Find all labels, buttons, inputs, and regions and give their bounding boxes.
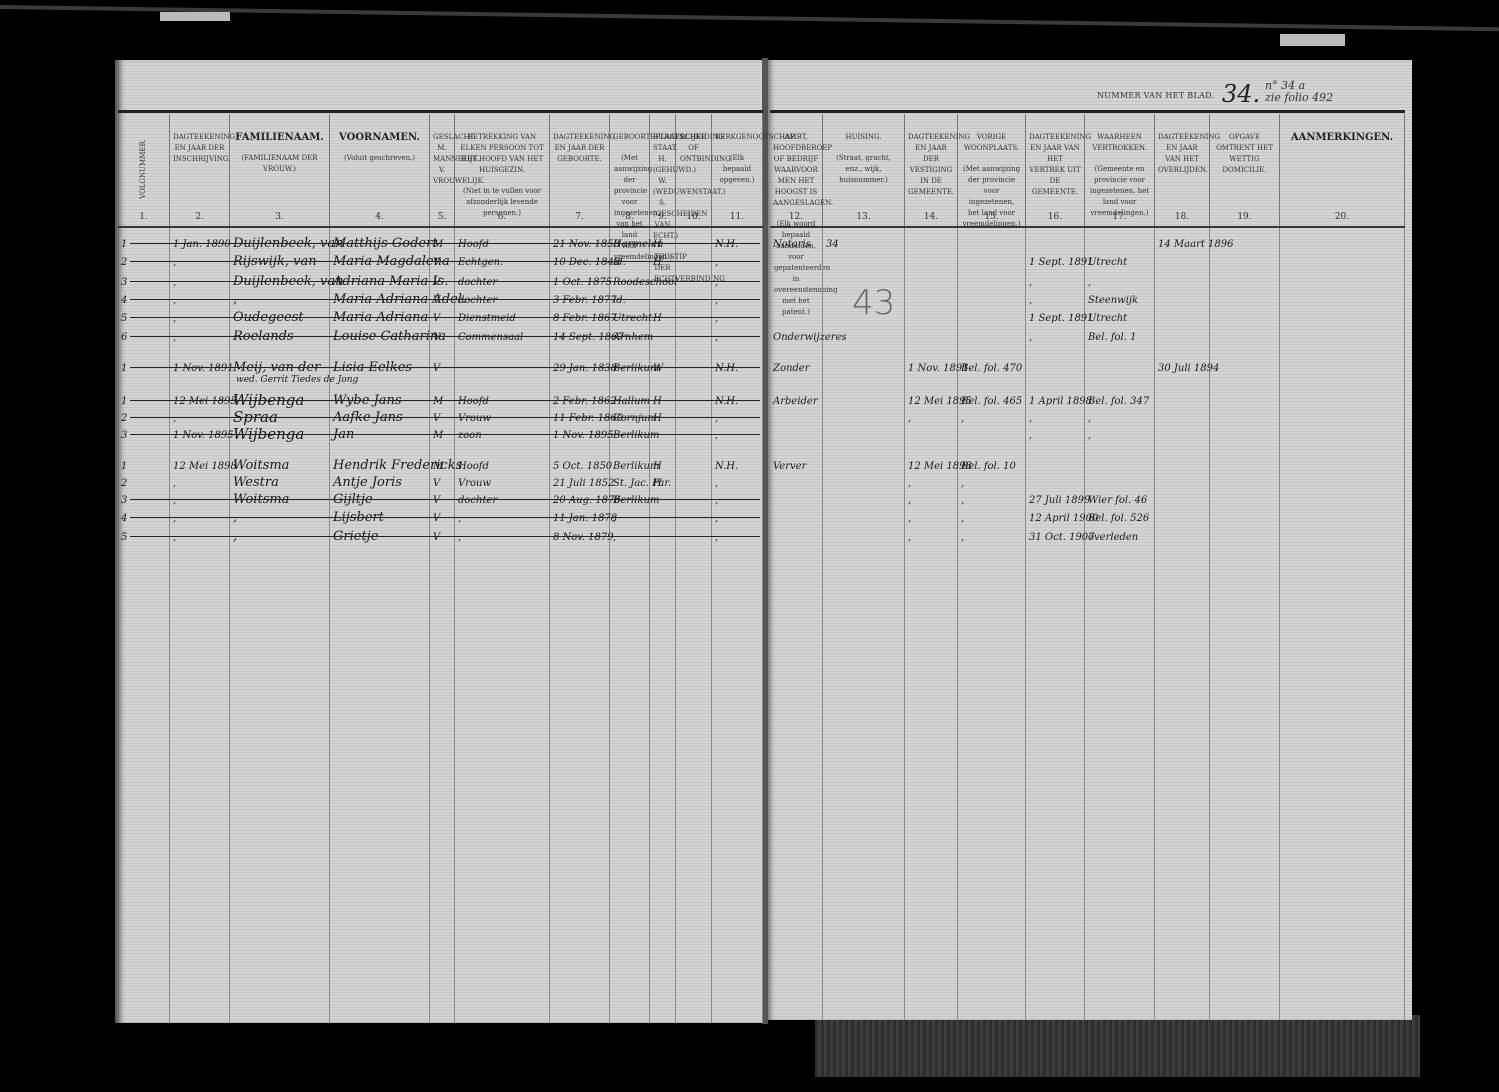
cell-col-14: , — [908, 495, 911, 506]
column-number: 8. — [610, 212, 649, 223]
column-number: 18. — [1155, 212, 1209, 223]
cell-col-5: V — [433, 332, 440, 343]
cell-col-1: 4 — [121, 513, 127, 524]
column-divider — [1154, 228, 1155, 1020]
column-title: HUISING. — [823, 132, 904, 143]
strikethrough-line — [130, 367, 760, 368]
cell-col-18: 14 Maart 1896 — [1158, 239, 1234, 250]
cell-col-5: V — [433, 532, 440, 543]
cell-col-8: St. Jac. Par. — [613, 478, 671, 489]
cell-col-11: , — [715, 413, 718, 424]
column-divider — [169, 228, 170, 1023]
column-header-14: DAGTEEKENING EN JAAR DER VESTIGING IN DE… — [905, 114, 958, 226]
column-subtitle: (FAMILIENAAM DER VROUW.) — [230, 153, 329, 175]
cell-col-7: 3 Febr. 1877 — [553, 295, 617, 306]
cell-col-9: H — [653, 461, 662, 472]
cell-col-5: V — [433, 478, 440, 489]
cell-col-1: 5 — [121, 313, 127, 324]
header-rule-right — [770, 110, 1405, 113]
underlying-page-edge — [815, 1015, 1420, 1077]
cell-col-2: , — [173, 257, 176, 268]
cell-col-7: 5 Oct. 1850 — [553, 461, 612, 472]
column-title: VORIGE WOONPLAATS. — [958, 132, 1025, 154]
column-header-10: SCHEIDING OF ONTBINDING10. — [676, 114, 712, 226]
cell-col-11: , — [715, 332, 718, 343]
cell-col-7: 11 Jan. 1878 — [553, 513, 617, 524]
column-header-2: DAGTEEKENING EN JAAR DER INSCHRIJVING.2. — [170, 114, 230, 226]
column-title: GEBOORTEPLAATS. — [610, 132, 649, 143]
cell-col-16: , — [1029, 295, 1032, 306]
cell-col-5: M — [433, 396, 443, 407]
cell-col-2: , — [173, 413, 176, 424]
header-bottom-rule-right — [770, 226, 1405, 228]
column-number: 13. — [823, 212, 904, 223]
column-divider — [549, 228, 550, 1023]
column-divider — [762, 228, 763, 1023]
column-header-18: DAGTEEKENING EN JAAR VAN HET OVERLIJDEN.… — [1155, 114, 1210, 226]
cell-col-3: Woitsma — [233, 458, 289, 473]
cell-col-16: , — [1029, 277, 1032, 288]
cell-col-2: , — [173, 313, 176, 324]
cell-col-3: Westra — [233, 475, 279, 490]
cell-col-1: 1 — [121, 461, 127, 472]
cell-col-5: V — [433, 495, 440, 506]
column-title: FAMILIENAAM. — [230, 132, 329, 143]
column-header-17: WAARHEEN VERTROKKEN.(Gemeente en provinc… — [1085, 114, 1155, 226]
column-subtitle: (Voluit geschreven.) — [330, 153, 429, 164]
cell-col-1: 6 — [121, 332, 127, 343]
cell-col-6: Vrouw — [458, 413, 491, 424]
column-header-20: AANMERKINGEN.20. — [1280, 114, 1405, 226]
column-header-19: OPGAVE OMTRENT HET WETTIG DOMICILIE.19. — [1210, 114, 1280, 226]
column-number: 12. — [770, 212, 822, 223]
cell-col-1: 2 — [121, 478, 127, 489]
cell-col-11: , — [715, 295, 718, 306]
cell-col-6: Vrouw — [458, 478, 491, 489]
cell-col-4: Antje Joris — [333, 475, 402, 490]
column-title: DAGTEEKENING EN JAAR VAN HET VERTREK UIT… — [1026, 132, 1084, 198]
cell-col-11: , — [715, 257, 718, 268]
entry-note: wed. Gerrit Tiedes de Jong — [236, 375, 358, 385]
cell-col-1: 4 — [121, 295, 127, 306]
column-divider — [904, 228, 905, 1020]
cell-col-6: , — [458, 513, 461, 524]
column-number: 6. — [455, 212, 549, 223]
column-title: AANMERKINGEN. — [1280, 132, 1404, 143]
cell-col-2: , — [173, 295, 176, 306]
column-number: 10. — [676, 212, 711, 223]
cell-col-1: 5 — [121, 532, 127, 543]
cell-col-7: 21 Nov. 1850 — [553, 239, 620, 250]
cell-col-17: Bel. fol. 347 — [1088, 396, 1149, 407]
column-title: BETREKKING VAN ELKEN PERSOON TOT HET HOO… — [455, 132, 549, 176]
column-divider — [675, 228, 676, 1023]
column-header-16: DAGTEEKENING EN JAAR VAN HET VERTREK UIT… — [1026, 114, 1085, 226]
cell-col-17: Utrecht — [1088, 313, 1127, 324]
column-divider — [1025, 228, 1026, 1020]
column-divider — [1404, 228, 1405, 1020]
cell-col-6: Echtgen. — [458, 257, 503, 268]
cell-col-7: 29 Jan. 1838 — [553, 363, 617, 374]
cell-col-2: 1 Nov. 1891 — [173, 363, 234, 374]
column-number: 4. — [330, 212, 429, 223]
column-divider — [229, 228, 230, 1023]
scanner-clip-right — [1280, 34, 1345, 46]
cell-col-17: overleden — [1088, 532, 1138, 543]
column-number: 14. — [905, 212, 957, 223]
cell-col-5: M — [433, 430, 443, 441]
cell-col-6: Hoofd — [458, 396, 489, 407]
cell-col-16: , — [1029, 430, 1032, 441]
strikethrough-line — [130, 281, 760, 282]
strikethrough-line — [130, 317, 760, 318]
cell-col-2: , — [173, 478, 176, 489]
column-divider — [649, 228, 650, 1023]
column-header-11: KERKGENOOTSCHAP.(Elk bepaald opgeven.)11… — [712, 114, 763, 226]
column-divider — [609, 228, 610, 1023]
column-subtitle: (Straat, gracht, enz., wijk, huisnummer.… — [823, 153, 904, 186]
column-header-15: VORIGE WOONPLAATS.(Met aanwijzing der pr… — [958, 114, 1026, 226]
cell-col-11: , — [715, 478, 718, 489]
cell-col-9: H — [653, 239, 662, 250]
cell-col-8: , — [613, 513, 616, 524]
header-rule-left — [118, 110, 763, 113]
cell-col-12: Notaris — [773, 239, 811, 250]
column-subtitle: (Gemeente en provincie voor ingezetenen,… — [1085, 164, 1154, 219]
strikethrough-line — [130, 261, 760, 262]
cell-col-12: Zonder — [773, 363, 810, 374]
cell-col-17: , — [1088, 430, 1091, 441]
column-number: 16. — [1026, 212, 1084, 223]
column-number: 19. — [1210, 212, 1279, 223]
cell-col-1: 3 — [121, 430, 127, 441]
cell-col-9: H — [653, 257, 662, 268]
cell-col-15: , — [961, 413, 964, 424]
cell-col-1: 2 — [121, 257, 127, 268]
cell-col-9: H — [653, 413, 662, 424]
cell-col-16: 31 Oct. 1907 — [1029, 532, 1095, 543]
cell-col-5: V — [433, 277, 440, 288]
cell-col-9: W — [653, 363, 663, 374]
cell-col-7: 20 Aug. 1876 — [553, 495, 621, 506]
cell-col-5: V — [433, 363, 440, 374]
cell-col-7: 10 Dec. 1848 — [553, 257, 620, 268]
column-subtitle: (Elk bepaald opgeven.) — [712, 153, 762, 186]
cell-col-1: 1 — [121, 239, 127, 250]
cell-col-9: H — [653, 478, 662, 489]
strikethrough-line — [130, 536, 760, 537]
cell-col-16: 1 Sept. 1891 — [1029, 313, 1094, 324]
cell-col-2: , — [173, 277, 176, 288]
cell-col-2: 1 Nov. 1895 — [173, 430, 234, 441]
column-number: 17. — [1085, 212, 1154, 223]
cell-col-17: Utrecht — [1088, 257, 1127, 268]
strikethrough-line — [130, 517, 760, 518]
cell-col-1: 3 — [121, 277, 127, 288]
cell-col-5: V — [433, 513, 440, 524]
column-title: OPGAVE OMTRENT HET WETTIG DOMICILIE. — [1210, 132, 1279, 176]
cell-col-9: H — [653, 396, 662, 407]
column-divider — [822, 228, 823, 1020]
cell-col-2: , — [173, 495, 176, 506]
sheet-number-note: n° 34 a zie folio 492 — [1265, 80, 1333, 104]
cell-col-14: , — [908, 532, 911, 543]
cell-col-8: Hallum — [613, 396, 650, 407]
cell-col-14: 1 Nov. 1891 — [908, 363, 969, 374]
column-header-7: DAGTEEKENING EN JAAR DER GEBOORTE.7. — [550, 114, 610, 226]
column-divider — [1084, 228, 1085, 1020]
cell-col-16: , — [1029, 332, 1032, 343]
cell-col-17: Steenwijk — [1088, 295, 1138, 306]
cell-col-7: 8 Nov. 1879 — [553, 532, 614, 543]
cell-col-8: Berlikum — [613, 430, 659, 441]
column-header-13: HUISING.(Straat, gracht, enz., wijk, hui… — [823, 114, 905, 226]
column-title: GESLACHT. M. Mannelijk. V. Vrouwelijk. — [430, 132, 454, 187]
cell-col-5: M — [433, 461, 443, 472]
pencil-annotation: 43 — [852, 283, 895, 323]
column-header-3: FAMILIENAAM.(FAMILIENAAM DER VROUW.)3. — [230, 114, 330, 226]
column-number: 15. — [958, 212, 1025, 223]
cell-col-1: 1 — [121, 396, 127, 407]
column-number: 2. — [170, 212, 229, 223]
cell-col-15: Bel. fol. 470 — [961, 363, 1022, 374]
cell-col-8: Roodeschool — [613, 277, 677, 288]
cell-col-8: Berlikum — [613, 495, 659, 506]
cell-col-15: , — [961, 478, 964, 489]
column-subtitle: (Elk woord bepaald aanduiden, voor gepat… — [770, 219, 822, 318]
cell-col-11: N.H. — [715, 239, 738, 250]
cell-col-11: , — [715, 430, 718, 441]
sheet-number: 34. — [1222, 80, 1260, 108]
column-divider — [1209, 228, 1210, 1020]
cell-col-7: 1 Oct. 1875 — [553, 277, 612, 288]
cell-col-11: N.H. — [715, 461, 738, 472]
cell-col-16: 27 Juli 1899 — [1029, 495, 1090, 506]
strikethrough-line — [130, 400, 760, 401]
cell-col-8: id. — [613, 257, 626, 268]
cell-col-7: 8 Febr. 1867 — [553, 313, 617, 324]
cell-col-7: 21 Juli 1852 — [553, 478, 614, 489]
column-header-1: VOLGNUMMER.1. — [118, 114, 170, 226]
cell-col-14: , — [908, 513, 911, 524]
cell-col-11: , — [715, 277, 718, 288]
column-number: 3. — [230, 212, 329, 223]
column-title: DAGTEEKENING EN JAAR DER INSCHRIJVING. — [170, 132, 229, 165]
cell-col-12: Verver — [773, 461, 806, 472]
cell-col-11: , — [715, 532, 718, 543]
strikethrough-line — [130, 499, 760, 500]
column-title: VOLGNUMMER. — [138, 139, 149, 199]
column-number: 7. — [550, 212, 609, 223]
strikethrough-line — [130, 417, 760, 418]
cell-col-17: Bel. fol. 526 — [1088, 513, 1149, 524]
cell-col-1: 3 — [121, 495, 127, 506]
cell-col-11: , — [715, 513, 718, 524]
cell-col-8: , — [613, 532, 616, 543]
cell-col-2: , — [173, 532, 176, 543]
column-header-12: AMBT, HOOFDBEROEP OF BEDRIJF WAARVOOR ME… — [770, 114, 823, 226]
cell-col-16: , — [1029, 413, 1032, 424]
cell-col-6: Hoofd — [458, 461, 489, 472]
cell-col-6: , — [458, 532, 461, 543]
cell-col-15: , — [961, 513, 964, 524]
column-number: 1. — [118, 212, 169, 223]
column-number: 9. — [650, 212, 675, 223]
strikethrough-line — [130, 243, 760, 244]
cell-col-17: , — [1088, 413, 1091, 424]
column-title: DAGTEEKENING EN JAAR DER GEBOORTE. — [550, 132, 609, 165]
cell-col-9: H — [653, 313, 662, 324]
cell-col-18: 30 Juli 1894 — [1158, 363, 1219, 374]
cell-col-16: 1 Sept. 1891 — [1029, 257, 1094, 268]
column-divider — [454, 228, 455, 1023]
column-header-9: BURGERLIJKE STAAT. H. (GEHUWD.) W. (WEDU… — [650, 114, 676, 226]
column-title: AMBT, HOOFDBEROEP OF BEDRIJF WAARVOOR ME… — [770, 132, 822, 209]
cell-col-2: , — [173, 513, 176, 524]
cell-col-13: 34 — [826, 239, 839, 250]
cell-col-7: 1 Nov. 1895 — [553, 430, 614, 441]
column-divider — [957, 228, 958, 1020]
sheet-number-label: NUMMER VAN HET BLAD. — [1097, 91, 1214, 100]
cell-col-5: V — [433, 313, 440, 324]
column-number: 20. — [1280, 212, 1404, 223]
cell-col-8: Utrecht — [613, 313, 652, 324]
column-header-5: GESLACHT. M. Mannelijk. V. Vrouwelijk.5. — [430, 114, 455, 226]
cell-col-11: N.H. — [715, 363, 738, 374]
column-divider — [711, 228, 712, 1023]
column-number: 11. — [712, 212, 762, 223]
cell-col-6: Commensaal — [458, 332, 523, 343]
strikethrough-line — [130, 434, 760, 435]
cell-col-2: 12 Mei 1898 — [173, 461, 237, 472]
cell-col-6: zoon — [458, 430, 482, 441]
cell-col-6: dochter — [458, 277, 497, 288]
column-title: DAGTEEKENING EN JAAR VAN HET OVERLIJDEN. — [1155, 132, 1209, 176]
cell-col-5: V — [433, 413, 440, 424]
cell-col-16: 1 April 1898 — [1029, 396, 1092, 407]
cell-col-15: Bel. fol. 465 — [961, 396, 1022, 407]
cell-col-8: id. — [613, 295, 626, 306]
cell-col-12: Onderwijzeres — [773, 332, 847, 343]
column-title: WAARHEEN VERTROKKEN. — [1085, 132, 1154, 154]
cell-col-6: Hoofd — [458, 239, 489, 250]
cell-col-1: 2 — [121, 413, 127, 424]
cell-col-14: , — [908, 413, 911, 424]
cell-col-2: 1 Jan. 1890 — [173, 239, 231, 250]
cell-col-6: dochter — [458, 495, 497, 506]
cell-col-11: , — [715, 313, 718, 324]
cell-col-7: 2 Febr. 1862 — [553, 396, 617, 407]
column-divider — [329, 228, 330, 1023]
cell-col-2: 12 Mei 1895 — [173, 396, 237, 407]
scanner-clip-left — [160, 12, 230, 21]
cell-col-15: Bel. fol. 10 — [961, 461, 1016, 472]
cell-col-5: M — [433, 239, 443, 250]
sheet-note-line2: zie folio 492 — [1265, 92, 1333, 104]
strikethrough-line — [130, 299, 760, 300]
cell-col-11: N.H. — [715, 396, 738, 407]
column-number: 5. — [430, 212, 454, 223]
cell-col-2: , — [173, 332, 176, 343]
strikethrough-line — [130, 336, 760, 337]
column-divider — [429, 228, 430, 1023]
cell-col-17: Bel. fol. 1 — [1088, 332, 1136, 343]
cell-col-5: V — [433, 295, 440, 306]
column-title: KERKGENOOTSCHAP. — [712, 132, 762, 143]
cell-col-8: Cornjum — [613, 413, 657, 424]
cell-col-8: Arnhem — [613, 332, 653, 343]
cell-col-5: V — [433, 257, 440, 268]
cell-col-14: , — [908, 478, 911, 489]
column-title: DAGTEEKENING EN JAAR DER VESTIGING IN DE… — [905, 132, 957, 198]
cell-col-1: 1 — [121, 363, 127, 374]
cell-col-17: Wier fol. 46 — [1088, 495, 1147, 506]
column-subtitle: SCHEIDING OF ONTBINDING — [676, 132, 711, 165]
column-header-8: GEBOORTEPLAATS.(Met aanwijzing der provi… — [610, 114, 650, 226]
cell-col-11: , — [715, 495, 718, 506]
header-bottom-rule-left — [118, 226, 763, 228]
cell-col-15: , — [961, 495, 964, 506]
cell-col-17: , — [1088, 277, 1091, 288]
column-divider — [1279, 228, 1280, 1020]
column-title: VOORNAMEN. — [330, 132, 429, 143]
cell-col-12: Arbeider — [773, 396, 818, 407]
cell-col-6: Dienstmeid — [458, 313, 516, 324]
cell-col-6: dochter — [458, 295, 497, 306]
column-header-4: VOORNAMEN.(Voluit geschreven.)4. — [330, 114, 430, 226]
cell-col-15: , — [961, 532, 964, 543]
column-header-6: BETREKKING VAN ELKEN PERSOON TOT HET HOO… — [455, 114, 550, 226]
